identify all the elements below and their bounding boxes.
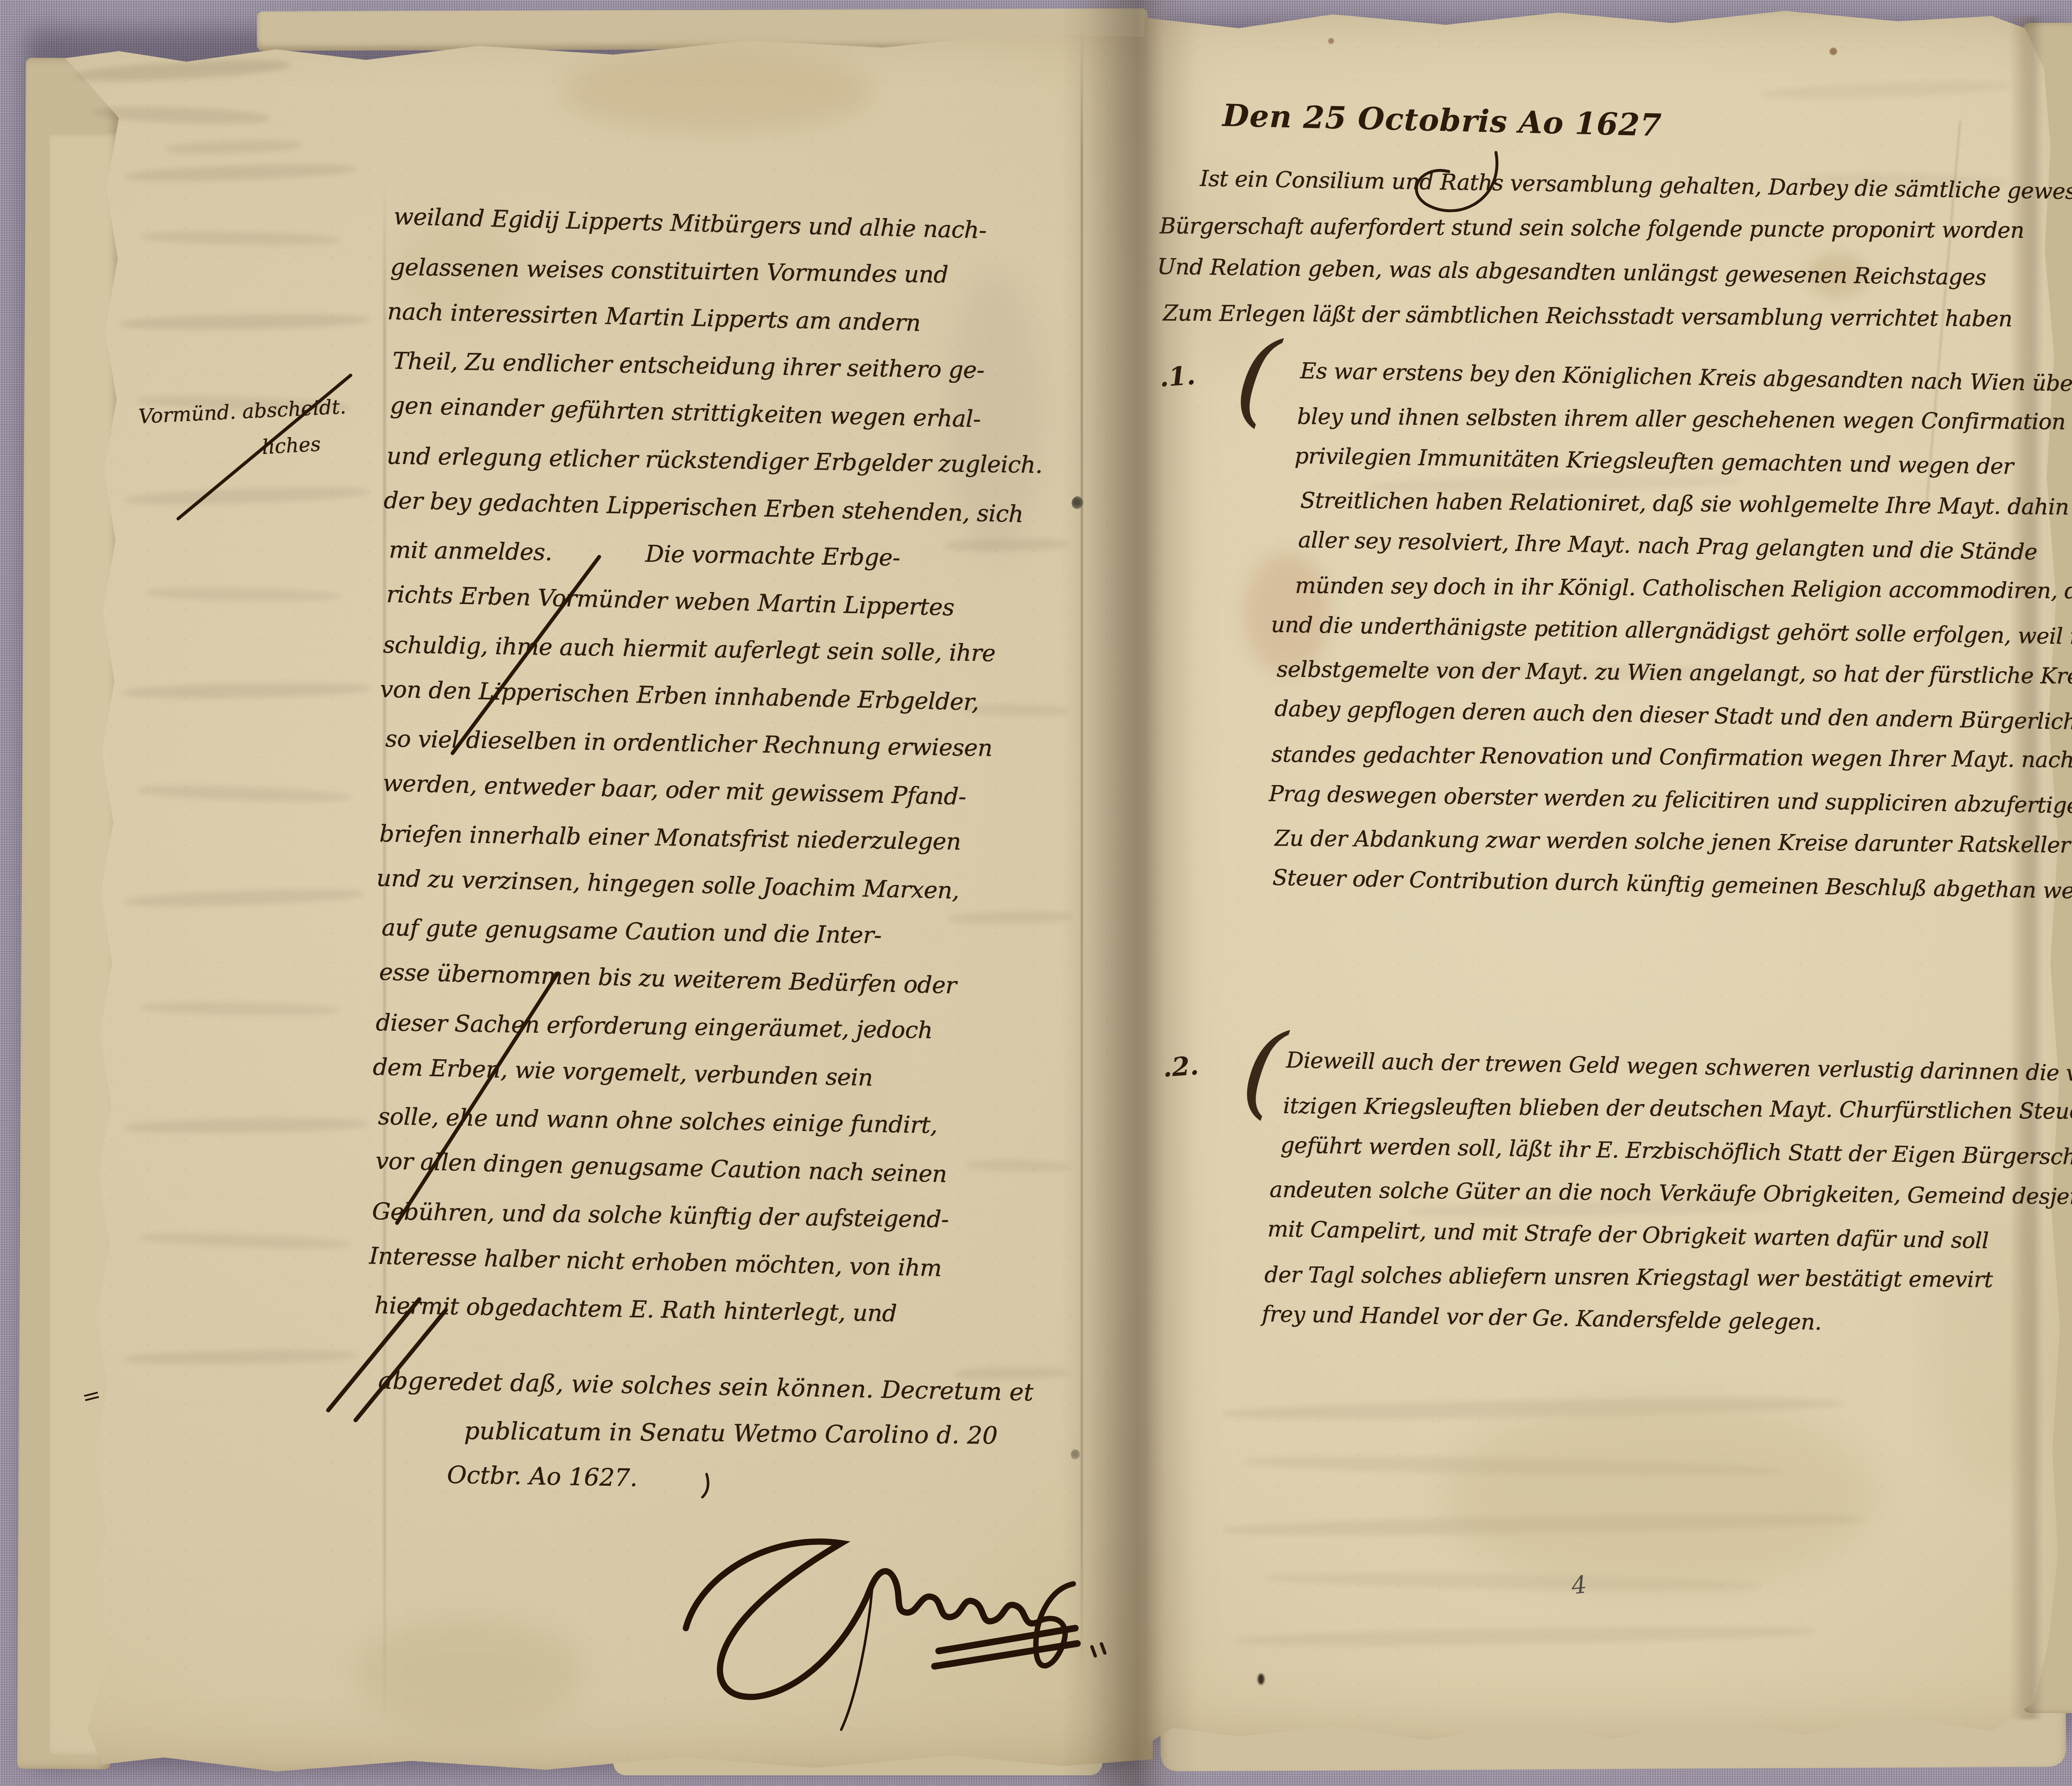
page-number: 4: [1570, 1570, 1588, 1600]
decree-text-line: publicatum in Senatu Wetmo Carolino d. 2…: [464, 1408, 1031, 1459]
left-body-text: weiland Egidij Lipperts Mitbürgers und a…: [370, 195, 1104, 1342]
manuscript-text-line: itzigen Kriegsleuften blieben der deutsc…: [1283, 1085, 2013, 1132]
section-2-number: .2.: [1162, 1050, 1200, 1083]
manuscript-text-line: Zum Erlegen läßt der sämbtlichen Reichss…: [1163, 292, 1992, 341]
manuscript-text-line: Ist ein Consilium und Raths versamblung …: [1200, 157, 1992, 213]
decree-text-line: Octbr. Ao 1627.: [447, 1452, 1028, 1508]
section-1-number: .1.: [1159, 360, 1196, 393]
section-2-text: Dieweill auch der trewen Geld wegen schw…: [1264, 1041, 2013, 1346]
decree-text: abgeredet daß, wie solches sein können. …: [374, 1358, 1031, 1507]
sewing-hole: [1071, 1449, 1080, 1460]
manuscript-photo: Vormünd. abscheidt.liches = weiland Egid…: [0, 0, 2072, 1786]
manuscript-text-line: bley und ihnen selbsten ihrem aller gesc…: [1297, 396, 2022, 443]
manuscript-text-line: Bürgerschaft auferfordert stund sein sol…: [1159, 204, 1989, 252]
margin-note-line: liches: [261, 424, 346, 465]
manuscript-text-line: Und Relation geben, was als abgesandten …: [1157, 245, 1986, 300]
manuscript-text-line: standes gedachter Renovation und Confirm…: [1271, 734, 2018, 781]
margin-note: Vormünd. abscheidt.liches: [135, 388, 346, 472]
manuscript-text-line: münden sey doch in ihr Königl. Catholisc…: [1295, 565, 2020, 612]
manuscript-text-line: der Tagl solches abliefern unsren Kriegs…: [1264, 1254, 2011, 1302]
intro-text: Ist ein Consilium und Raths versamblung …: [1159, 158, 1989, 343]
section-1-text: Es war erstens bey den Königlichen Kreis…: [1270, 351, 2022, 910]
